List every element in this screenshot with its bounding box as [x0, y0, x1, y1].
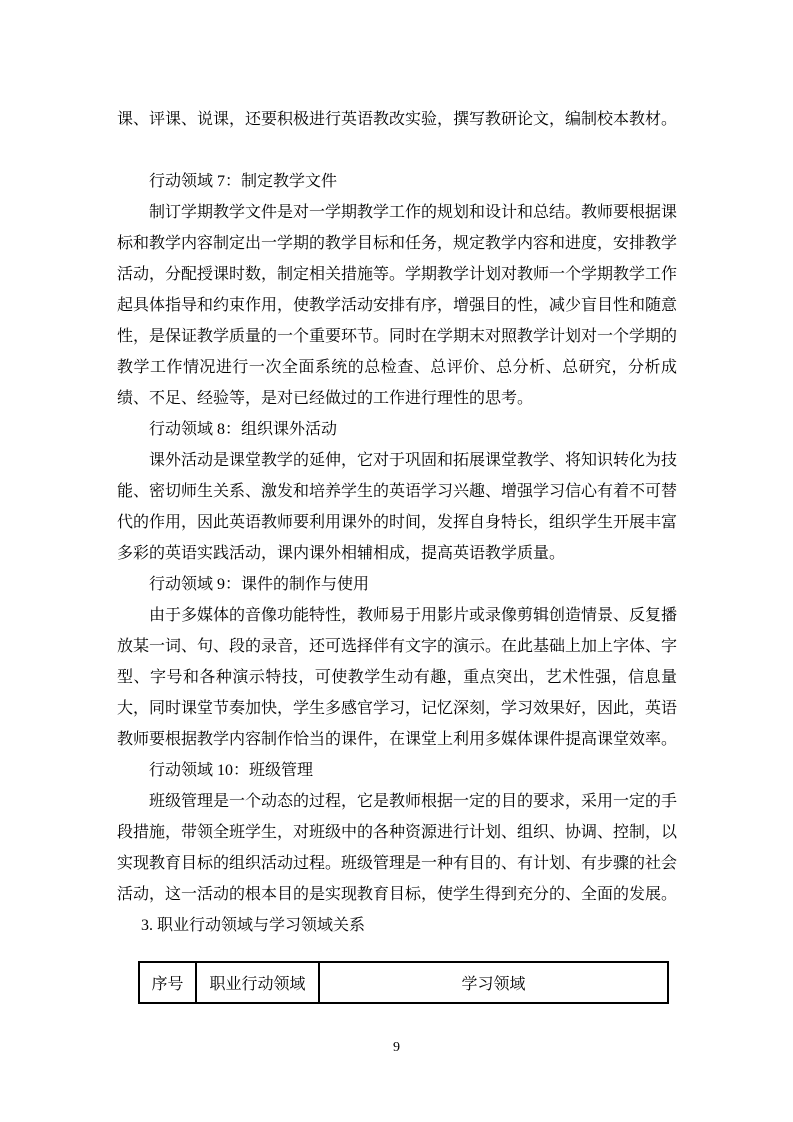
- page-number: 9: [0, 1038, 793, 1058]
- action-domain-heading: 行动领域 7：制定教学文件: [117, 166, 677, 197]
- table-header-row: 序号 职业行动领域 学习领域: [139, 962, 668, 1003]
- relation-table: 序号 职业行动领域 学习领域: [138, 961, 669, 1004]
- body-paragraph: 课外活动是课堂教学的延伸，它对于巩固和拓展课堂教学、将知识转化为技能、密切师生关…: [117, 445, 677, 569]
- action-domain-heading: 行动领域 10：班级管理: [117, 755, 677, 786]
- document-page: 课、评课、说课，还要积极进行英语教改实验，撰写教研论文，编制校本教材。行动领域 …: [0, 0, 793, 1122]
- body-paragraph: 班级管理是一个动态的过程，它是教师根据一定的目的要求，采用一定的手段措施，带领全…: [117, 786, 677, 910]
- action-domain-heading: 行动领域 8：组织课外活动: [117, 414, 677, 445]
- document-body: 课、评课、说课，还要积极进行英语教改实验，撰写教研论文，编制校本教材。行动领域 …: [117, 104, 677, 941]
- body-paragraph: 制订学期教学文件是对一学期教学工作的规划和设计和总结。教师要根据课标和教学内容制…: [117, 197, 677, 414]
- table-header-action-domain: 职业行动领域: [196, 962, 319, 1003]
- action-domain-heading: 行动领域 9：课件的制作与使用: [117, 569, 677, 600]
- section-title: 3. 职业行动领域与学习领域关系: [117, 910, 677, 941]
- table-header-index: 序号: [139, 962, 196, 1003]
- body-paragraph-continuation: 课、评课、说课，还要积极进行英语教改实验，撰写教研论文，编制校本教材。: [117, 104, 677, 135]
- body-paragraph: 由于多媒体的音像功能特性，教师易于用影片或录像剪辑创造情景、反复播放某一词、句、…: [117, 600, 677, 755]
- table-header-learning-domain: 学习领域: [319, 962, 668, 1003]
